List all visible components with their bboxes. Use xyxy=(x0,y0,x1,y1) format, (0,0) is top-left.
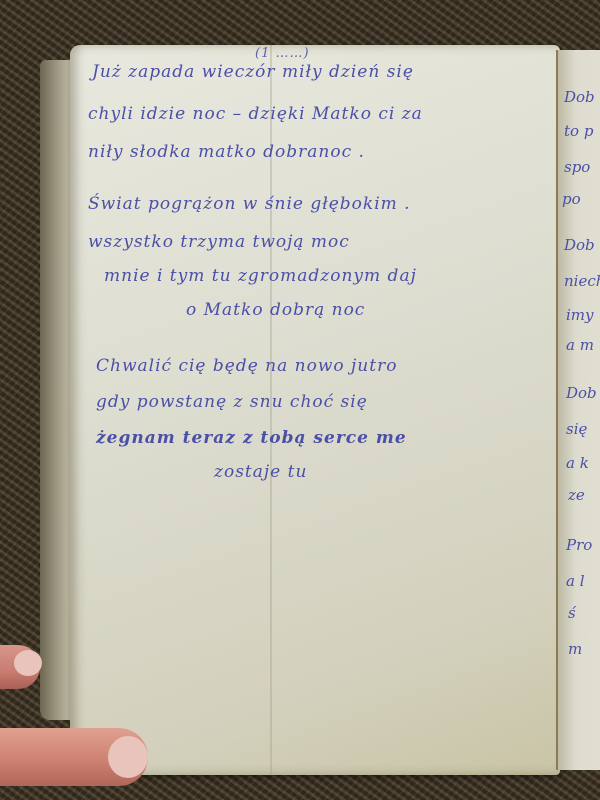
handwritten-line: wszystko trzyma twoją moc xyxy=(88,232,350,252)
facing-page-fragment: to p xyxy=(564,122,593,140)
facing-page-fragment: spo xyxy=(564,158,590,176)
facing-page-fragment: Dob xyxy=(566,384,597,402)
facing-page-fragment: ś xyxy=(568,604,576,622)
facing-page-fragment: Dob xyxy=(564,236,595,254)
facing-page-fragment: niech xyxy=(564,272,600,290)
handwritten-line: Świat pogrążon w śnie głębokim . xyxy=(88,194,411,214)
facing-page-fragment: Pro xyxy=(566,536,592,554)
facing-page-fragment: po xyxy=(562,190,581,208)
handwritten-line: gdy powstanę z snu choć się xyxy=(96,392,368,412)
facing-page-fragment: a k xyxy=(566,454,589,472)
handwritten-line: żegnam teraz z tobą serce me xyxy=(96,428,407,448)
facing-page-fragment: Dob xyxy=(564,88,595,106)
header-note: (1 ……) xyxy=(255,46,310,61)
handwritten-line: Już zapada wieczór miły dzień się xyxy=(92,62,414,82)
thumbnail xyxy=(108,736,148,778)
facing-page-fragment: ze xyxy=(568,486,585,504)
facing-page-fragment: a m xyxy=(566,336,594,354)
handwritten-line: niły słodka matko dobranoc . xyxy=(88,142,365,162)
handwritten-line: mnie i tym tu zgromadzonym daj xyxy=(104,266,417,286)
facing-page-fragment: m xyxy=(568,640,582,658)
facing-page-fragment: a l xyxy=(566,572,585,590)
handwritten-line: o Matko dobrą noc xyxy=(186,300,365,320)
handwritten-line: chyli idzie noc – dzięki Matko ci za xyxy=(88,104,423,124)
fingernail xyxy=(14,650,42,676)
handwritten-line: Chwalić cię będę na nowo jutro xyxy=(96,356,397,376)
facing-page-fragment: imy xyxy=(566,306,594,324)
facing-page-fragment: się xyxy=(566,420,587,438)
handwritten-line: zostaje tu xyxy=(214,462,307,482)
